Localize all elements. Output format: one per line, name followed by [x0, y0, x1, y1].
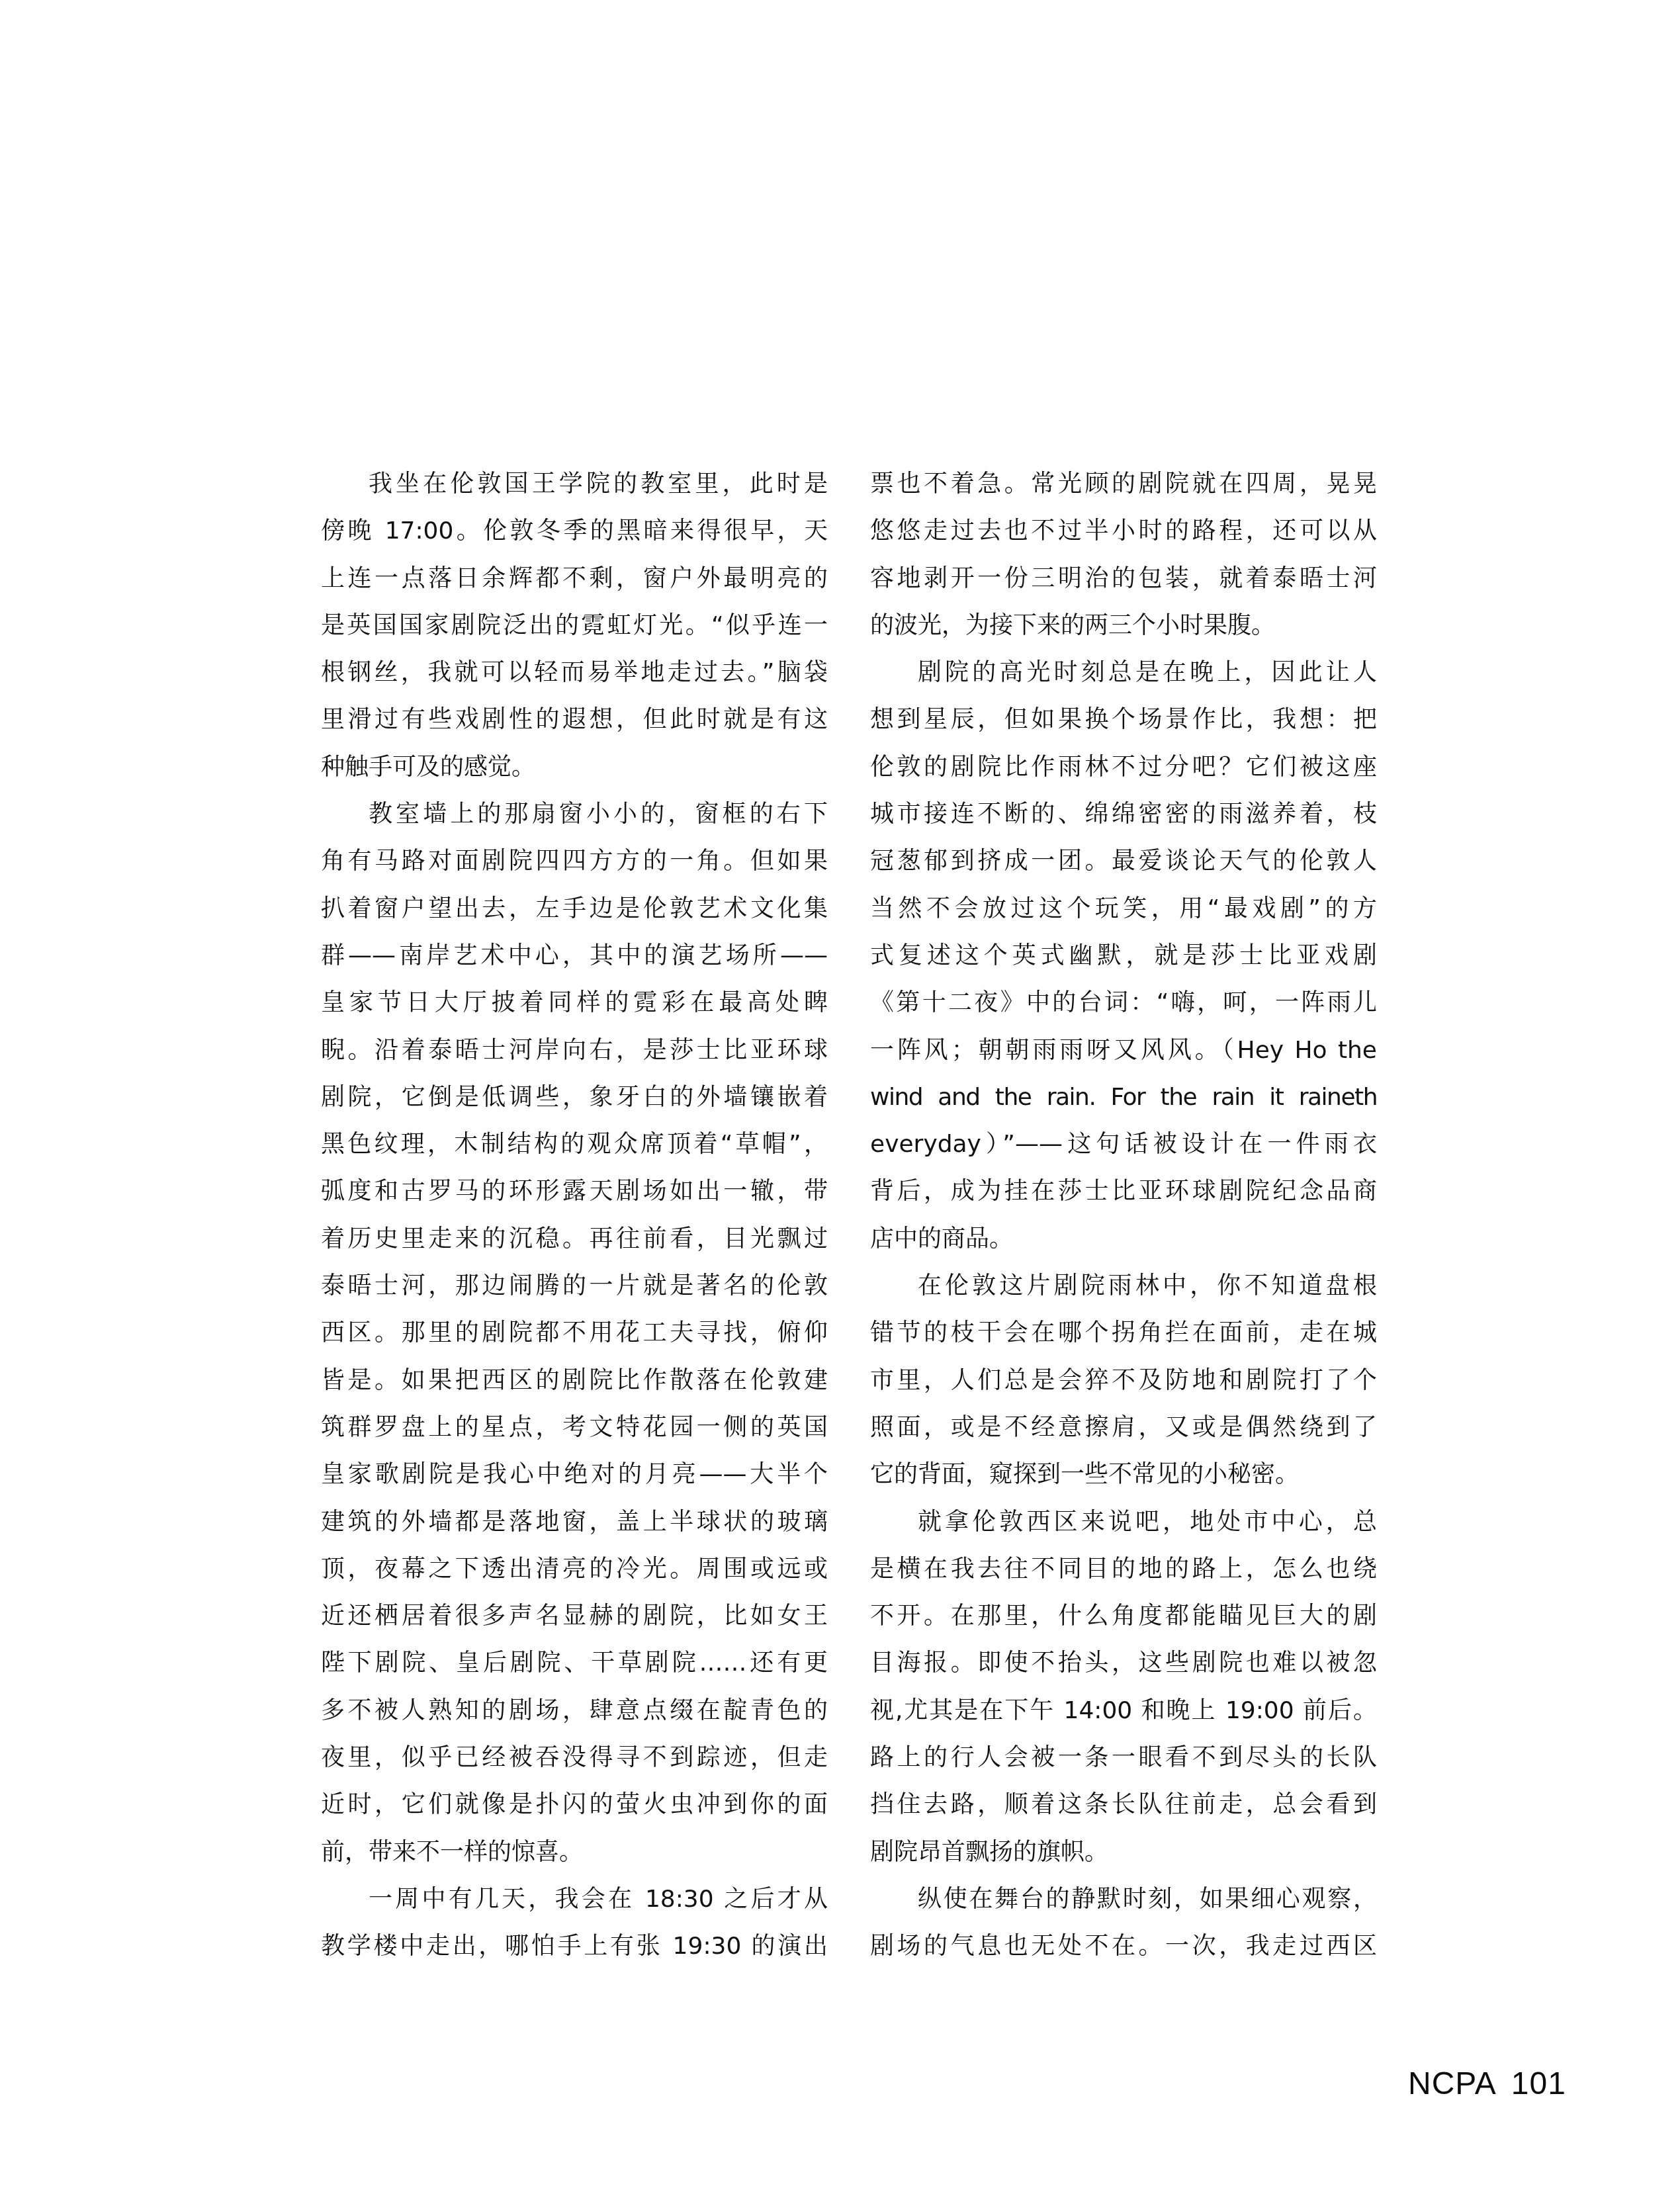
- text-line: 多不被人熟知的剧场，肆意点缀在靛青色的: [321, 1687, 828, 1734]
- text-line: 视,尤其是在下午 14:00 和晚上 19:00 前后。: [870, 1687, 1377, 1734]
- article-column-left: 我坐在伦敦国王学院的教室里，此时是傍晚 17:00。伦敦冬季的黑暗来得很早，天上…: [321, 460, 828, 1970]
- text-line: 上连一点落日余辉都不剩，窗户外最明亮的: [321, 555, 828, 602]
- text-line: 顶，夜幕之下透出清亮的冷光。周围或远或: [321, 1546, 828, 1593]
- text-line: 挡住去路，顺着这条长队往前走，总会看到: [870, 1781, 1377, 1828]
- article-column-right: 票也不着急。常光顾的剧院就在四周，晃晃悠悠走过去也不过半小时的路程，还可以从容地…: [870, 460, 1377, 1970]
- text-line: 着历史里走来的沉稳。再往前看，目光飘过: [321, 1215, 828, 1262]
- text-line: 是英国国家剧院泛出的霓虹灯光。“似乎连一: [321, 602, 828, 649]
- text-line: 悠悠走过去也不过半小时的路程，还可以从: [870, 507, 1377, 554]
- text-line: 城市接连不断的、绵绵密密的雨滋养着，枝: [870, 791, 1377, 838]
- text-line: 《第十二夜》中的台词：“嗨，呵，一阵雨儿: [870, 979, 1377, 1026]
- text-line: 建筑的外墙都是落地窗，盖上半球状的玻璃: [321, 1499, 828, 1546]
- text-line: 剧场的气息也无处不在。一次，我走过西区: [870, 1923, 1377, 1970]
- text-line: 错节的枝干会在哪个拐角拦在面前，走在城: [870, 1309, 1377, 1356]
- text-line: 路上的行人会被一条一眼看不到尽头的长队: [870, 1734, 1377, 1781]
- text-line: 陛下剧院、皇后剧院、干草剧院……还有更: [321, 1640, 828, 1686]
- page-number: 101: [1511, 2066, 1566, 2101]
- text-line: 式复述这个英式幽默，就是莎士比亚戏剧: [870, 932, 1377, 979]
- brand-label: NCPA: [1408, 2066, 1497, 2101]
- text-line: 根钢丝，我就可以轻而易举地走过去。”脑袋: [321, 649, 828, 696]
- text-line: 筑群罗盘上的星点，考文特花园一侧的英国: [321, 1404, 828, 1451]
- text-line: 在伦敦这片剧院雨林中，你不知道盘根: [870, 1262, 1377, 1309]
- text-line: 睨。沿着泰晤士河岸向右，是莎士比亚环球: [321, 1027, 828, 1074]
- text-line: 我坐在伦敦国王学院的教室里，此时是: [321, 460, 828, 507]
- text-line: 店中的商品。: [870, 1215, 1377, 1262]
- text-line: 种触手可及的感觉。: [321, 744, 828, 791]
- text-line: 就拿伦敦西区来说吧，地处市中心，总: [870, 1499, 1377, 1546]
- text-line: 伦敦的剧院比作雨林不过分吧？它们被这座: [870, 744, 1377, 791]
- text-line: 教学楼中走出，哪怕手上有张 19:30 的演出: [321, 1923, 828, 1970]
- text-line: 剧院昂首飘扬的旗帜。: [870, 1829, 1377, 1876]
- text-line: 冠葱郁到挤成一团。最爱谈论天气的伦敦人: [870, 838, 1377, 885]
- text-line: 角有马路对面剧院四四方方的一角。但如果: [321, 838, 828, 885]
- text-line: 想到星辰，但如果换个场景作比，我想：把: [870, 696, 1377, 743]
- text-line: 扒着窗户望出去，左手边是伦敦艺术文化集: [321, 885, 828, 932]
- text-line: 照面，或是不经意擦肩，又或是偶然绕到了: [870, 1404, 1377, 1451]
- text-line: 皇家歌剧院是我心中绝对的月亮——大半个: [321, 1451, 828, 1498]
- text-line: 不开。在那里，什么角度都能瞄见巨大的剧: [870, 1593, 1377, 1640]
- text-line: wind and the rain. For the rain it raine…: [870, 1074, 1377, 1121]
- text-line: 弧度和古罗马的环形露天剧场如出一辙，带: [321, 1168, 828, 1215]
- text-line: 里滑过有些戏剧性的遐想，但此时就是有这: [321, 696, 828, 743]
- text-line: 市里，人们总是会猝不及防地和剧院打了个: [870, 1357, 1377, 1404]
- text-line: 背后，成为挂在莎士比亚环球剧院纪念品商: [870, 1168, 1377, 1215]
- text-line: 的波光，为接下来的两三个小时果腹。: [870, 602, 1377, 649]
- text-line: 当然不会放过这个玩笑，用“最戏剧”的方: [870, 885, 1377, 932]
- page-footer: NCPA101: [1408, 2066, 1566, 2102]
- text-line: 黑色纹理，木制结构的观众席顶着“草帽”，: [321, 1121, 828, 1168]
- text-line: 皇家节日大厅披着同样的霓彩在最高处睥: [321, 979, 828, 1026]
- text-line: everyday）”——这句话被设计在一件雨衣: [870, 1121, 1377, 1168]
- text-line: 群——南岸艺术中心，其中的演艺场所——: [321, 932, 828, 979]
- text-line: 它的背面，窥探到一些不常见的小秘密。: [870, 1451, 1377, 1498]
- text-line: 夜里，似乎已经被吞没得寻不到踪迹，但走: [321, 1734, 828, 1781]
- text-line: 近时，它们就像是扑闪的萤火虫冲到你的面: [321, 1781, 828, 1828]
- text-line: 目海报。即使不抬头，这些剧院也难以被忽: [870, 1640, 1377, 1686]
- text-line: 是横在我去往不同目的地的路上，怎么也绕: [870, 1546, 1377, 1593]
- text-line: 一阵风；朝朝雨雨呀又风风。（Hey Ho the: [870, 1027, 1377, 1074]
- text-line: 近还栖居着很多声名显赫的剧院，比如女王: [321, 1593, 828, 1640]
- text-line: 教室墙上的那扇窗小小的，窗框的右下: [321, 791, 828, 838]
- text-line: 前，带来不一样的惊喜。: [321, 1829, 828, 1876]
- text-line: 剧院，它倒是低调些，象牙白的外墙镶嵌着: [321, 1074, 828, 1121]
- text-line: 泰晤士河，那边闹腾的一片就是著名的伦敦: [321, 1262, 828, 1309]
- text-line: 纵使在舞台的静默时刻，如果细心观察，: [870, 1876, 1377, 1923]
- text-line: 傍晚 17:00。伦敦冬季的黑暗来得很早，天: [321, 507, 828, 554]
- text-line: 剧院的高光时刻总是在晚上，因此让人: [870, 649, 1377, 696]
- text-line: 一周中有几天，我会在 18:30 之后才从: [321, 1876, 828, 1923]
- magazine-page: 我坐在伦敦国王学院的教室里，此时是傍晚 17:00。伦敦冬季的黑暗来得很早，天上…: [0, 0, 1680, 2188]
- text-line: 皆是。如果把西区的剧院比作散落在伦敦建: [321, 1357, 828, 1404]
- text-line: 西区。那里的剧院都不用花工夫寻找，俯仰: [321, 1309, 828, 1356]
- text-line: 容地剥开一份三明治的包装，就着泰晤士河: [870, 555, 1377, 602]
- text-line: 票也不着急。常光顾的剧院就在四周，晃晃: [870, 460, 1377, 507]
